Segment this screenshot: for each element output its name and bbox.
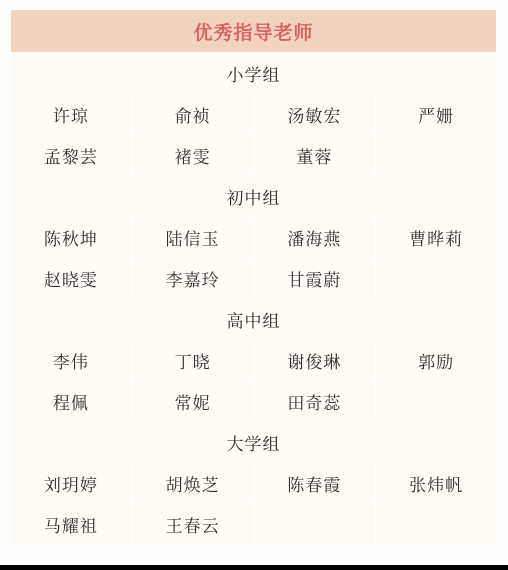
teacher-name: 俞祯 — [175, 102, 211, 127]
group-header: 大学组 — [11, 421, 496, 462]
teacher-name: 丁晓 — [175, 348, 211, 373]
teacher-name: 甘霞蔚 — [287, 266, 341, 291]
page: 优秀指导老师 小学组许琼俞祯汤敏宏严姗孟黎芸褚雯董蓉初中组陈秋坤陆信玉潘海燕曹晔… — [0, 0, 508, 570]
group-label: 高中组 — [227, 307, 281, 332]
teacher-name: 程佩 — [53, 389, 89, 414]
teacher-name: 常妮 — [175, 389, 211, 414]
table-cell: 李伟 — [11, 340, 133, 380]
table-title: 优秀指导老师 — [193, 18, 313, 45]
teacher-name: 董蓉 — [296, 143, 332, 168]
table-cell — [255, 504, 377, 544]
table-cell: 刘玥婷 — [11, 463, 133, 503]
group-header: 小学组 — [11, 52, 496, 93]
table-cell: 张炜帆 — [376, 463, 496, 503]
table-cell: 孟黎芸 — [11, 135, 133, 175]
teacher-name: 陆信玉 — [166, 225, 220, 250]
teacher-table: 优秀指导老师 小学组许琼俞祯汤敏宏严姗孟黎芸褚雯董蓉初中组陈秋坤陆信玉潘海燕曹晔… — [11, 10, 496, 544]
table-cell: 丁晓 — [133, 340, 255, 380]
table-cell: 陈秋坤 — [11, 217, 133, 257]
table-cell: 胡焕芝 — [133, 463, 255, 503]
table-cell: 程佩 — [11, 381, 133, 421]
table-row: 陈秋坤陆信玉潘海燕曹晔莉 — [11, 216, 496, 257]
table-row: 李伟丁晓谢俊琳郭励 — [11, 339, 496, 380]
table-cell: 严姗 — [376, 94, 496, 134]
table-cell: 赵晓雯 — [11, 258, 133, 298]
teacher-name: 赵晓雯 — [44, 266, 98, 291]
teacher-name: 严姗 — [418, 102, 454, 127]
table-cell: 马耀祖 — [11, 504, 133, 544]
group-header: 初中组 — [11, 175, 496, 216]
teacher-name: 孟黎芸 — [44, 143, 98, 168]
teacher-name: 王春云 — [166, 512, 220, 537]
bottom-bar — [0, 565, 508, 570]
table-cell: 常妮 — [133, 381, 255, 421]
table-header: 优秀指导老师 — [11, 10, 496, 52]
table-cell — [376, 381, 496, 421]
table-cell: 汤敏宏 — [255, 94, 377, 134]
table-row: 赵晓雯李嘉玲甘霞蔚 — [11, 257, 496, 298]
table-cell: 许琼 — [11, 94, 133, 134]
group-label: 初中组 — [227, 184, 281, 209]
table-cell: 曹晔莉 — [376, 217, 496, 257]
table-cell: 李嘉玲 — [133, 258, 255, 298]
table-cell: 甘霞蔚 — [255, 258, 377, 298]
table-cell — [376, 135, 496, 175]
table-cell: 郭励 — [376, 340, 496, 380]
teacher-name: 陈秋坤 — [44, 225, 98, 250]
teacher-name: 李嘉玲 — [166, 266, 220, 291]
teacher-name: 李伟 — [53, 348, 89, 373]
table-cell: 俞祯 — [133, 94, 255, 134]
group-label: 小学组 — [227, 61, 281, 86]
group-label: 大学组 — [227, 430, 281, 455]
teacher-name: 曹晔莉 — [409, 225, 463, 250]
teacher-name: 汤敏宏 — [287, 102, 341, 127]
table-cell: 潘海燕 — [255, 217, 377, 257]
table-row: 刘玥婷胡焕芝陈春霞张炜帆 — [11, 462, 496, 503]
table-cell: 王春云 — [133, 504, 255, 544]
table-cell: 谢俊琳 — [255, 340, 377, 380]
teacher-name: 张炜帆 — [409, 471, 463, 496]
table-row: 马耀祖王春云 — [11, 503, 496, 544]
teacher-name: 褚雯 — [175, 143, 211, 168]
table-cell: 褚雯 — [133, 135, 255, 175]
groups-container: 小学组许琼俞祯汤敏宏严姗孟黎芸褚雯董蓉初中组陈秋坤陆信玉潘海燕曹晔莉赵晓雯李嘉玲… — [11, 52, 496, 544]
teacher-name: 刘玥婷 — [44, 471, 98, 496]
table-cell — [376, 504, 496, 544]
table-row: 程佩常妮田奇蕊 — [11, 380, 496, 421]
teacher-name: 许琼 — [53, 102, 89, 127]
table-row: 孟黎芸褚雯董蓉 — [11, 134, 496, 175]
teacher-name: 谢俊琳 — [287, 348, 341, 373]
teacher-name: 胡焕芝 — [166, 471, 220, 496]
teacher-name: 马耀祖 — [44, 512, 98, 537]
teacher-name: 田奇蕊 — [287, 389, 341, 414]
table-cell: 陆信玉 — [133, 217, 255, 257]
table-cell — [376, 258, 496, 298]
teacher-name: 郭励 — [418, 348, 454, 373]
table-cell: 董蓉 — [255, 135, 377, 175]
table-row: 许琼俞祯汤敏宏严姗 — [11, 93, 496, 134]
group-header: 高中组 — [11, 298, 496, 339]
table-cell: 田奇蕊 — [255, 381, 377, 421]
teacher-name: 陈春霞 — [287, 471, 341, 496]
teacher-name: 潘海燕 — [287, 225, 341, 250]
table-cell: 陈春霞 — [255, 463, 377, 503]
